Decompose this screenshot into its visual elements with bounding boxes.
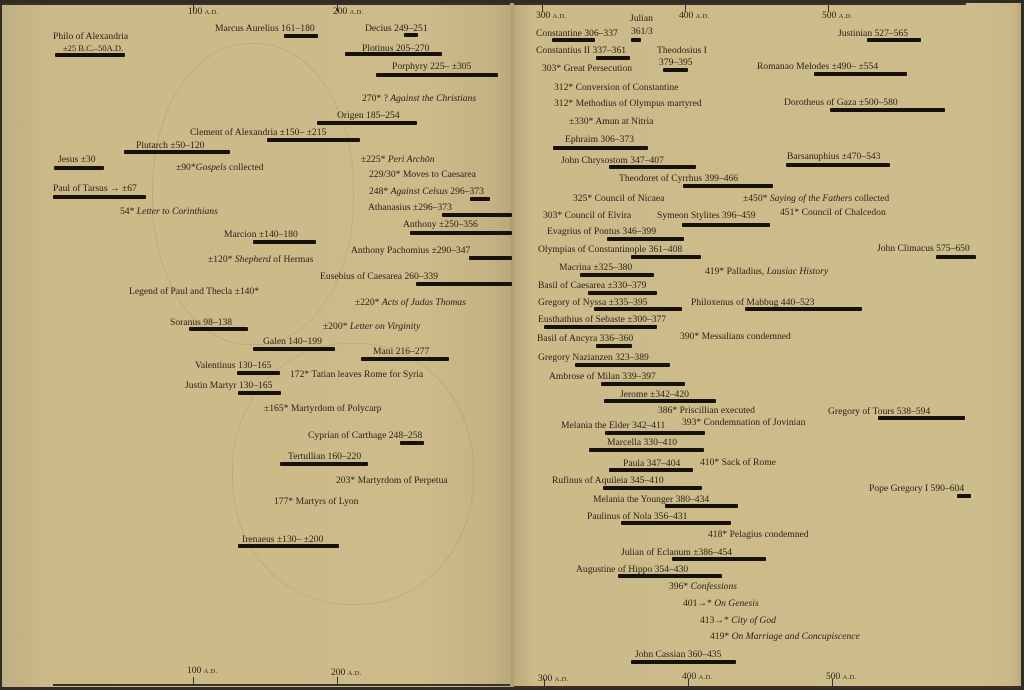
- event-council-of-elvira: 303* Council of Elvira: [543, 210, 631, 221]
- bar-against-celsus: [470, 197, 490, 201]
- label-ephraim: Ephraim 306–373: [565, 134, 634, 145]
- label-decius: Decius 249–251: [365, 23, 428, 34]
- event-messalians-condemned: 390* Messalians condemned: [680, 331, 791, 342]
- event-moves-to-caesarea: 229/30* Moves to Caesarea: [369, 169, 476, 180]
- label-john-cassian: John Cassian 360–435: [635, 649, 721, 660]
- label-evagrius: Evagrius of Pontus 346–399: [547, 226, 656, 237]
- bar-paul-of-tarsus: [53, 195, 146, 199]
- bar-mani: [361, 357, 449, 361]
- label-eusthathius: Eusthathius of Sebaste ±300–377: [538, 314, 666, 325]
- bar-gregory-of-nyssa: [594, 307, 682, 311]
- bar-clement: [267, 138, 360, 142]
- bar-jesus: [54, 166, 104, 170]
- bar-anthony-pachomius: [469, 256, 512, 260]
- bar-eusthathius: [544, 325, 657, 329]
- bar-macrina: [580, 273, 654, 277]
- label-theodosius: Theodosius I: [657, 45, 707, 56]
- bar-valentinus: [237, 371, 280, 375]
- bar-plutarch: [124, 150, 230, 154]
- tick-label-500-bottom: 500 A.D.: [826, 672, 856, 682]
- bar-porphyry: [376, 73, 498, 77]
- bar-marcus-aurelius: [284, 34, 318, 38]
- event-sayings-of-fathers: ±450* Saying of the Fathers collected: [743, 193, 889, 204]
- label-galen: Galen 140–199: [263, 336, 322, 347]
- event-on-genesis: 401→* On Genesis: [683, 598, 759, 609]
- event-martyrs-of-lyon: 177* Martyrs of Lyon: [274, 496, 358, 507]
- event-on-marriage-and-concupiscence: 419* On Marriage and Concupiscence: [710, 631, 860, 642]
- bar-soranus: [189, 327, 248, 331]
- event-condemnation-of-jovinian: 393* Condemnation of Jovinian: [682, 417, 805, 428]
- label-anthony: Anthony ±250–356: [403, 219, 478, 230]
- bar-gregory-nazianzen: [575, 363, 670, 367]
- event-methodius-martyred: 312* Methodius of Olympus martyred: [554, 98, 702, 109]
- bar-justinian: [867, 38, 921, 42]
- event-confessions: 396* Confessions: [669, 581, 737, 592]
- event-great-persecution: 303* Great Persecution: [542, 63, 632, 74]
- bar-ambrose: [601, 382, 685, 386]
- bar-augustine: [618, 574, 722, 578]
- bar-barsanuphius: [786, 163, 890, 167]
- label-marcella: Marcella 330–410: [607, 437, 677, 448]
- label-rufinus: Rufinus of Aquileia 345–410: [552, 475, 664, 486]
- tick-label-200-top: 200 A.D.: [333, 7, 363, 17]
- bar-john-cassian: [631, 660, 736, 664]
- event-against-celsus: 248* Against Celsus 296–373: [369, 186, 484, 197]
- event-letter-on-virginity: ±200* Letter on Virginity: [323, 321, 420, 332]
- bottom-axis-line-left: [53, 684, 510, 686]
- event-priscillian-executed: 386* Priscillian executed: [658, 405, 755, 416]
- event-gospels-collected: ±90*Gospels collected: [176, 162, 264, 173]
- bar-paula: [609, 468, 693, 472]
- event-sack-of-rome: 410* Sack of Rome: [700, 457, 776, 468]
- bar-philoxenus: [745, 307, 862, 311]
- bar-anthony: [410, 231, 512, 235]
- label-theodoret: Theodoret of Cyrrhus 399–466: [619, 173, 738, 184]
- label-marcion: Marcion ±140–180: [224, 229, 298, 240]
- bar-rufinus: [603, 486, 702, 490]
- label-anthony-pachomius: Anthony Pachomius ±290–347: [351, 245, 470, 256]
- label-symeon-stylites: Symeon Stylites 396–459: [657, 210, 756, 221]
- label-basil-of-caesarea: Basil of Caesarea ±330–379: [538, 280, 646, 291]
- bar-theodosius: [663, 68, 688, 72]
- bar-jerome: [604, 399, 716, 403]
- bar-paulinus: [621, 521, 731, 525]
- bar-ephraim: [553, 146, 648, 150]
- tick-label-400-top: 400 A.D.: [679, 11, 709, 21]
- label-justin-martyr: Justin Martyr 130–165: [185, 380, 272, 391]
- bar-tertullian: [280, 462, 368, 466]
- top-axis-line-right: [514, 3, 966, 5]
- bar-pope-gregory: [957, 494, 971, 498]
- bar-romanao-melodes: [814, 72, 907, 76]
- bar-constantius: [596, 56, 630, 60]
- label-ambrose: Ambrose of Milan 339–397: [549, 371, 656, 382]
- event-letter-to-corinthians: 54* Letter to Corinthians: [120, 206, 218, 217]
- bar-john-climacus: [936, 255, 976, 259]
- bar-athanasius: [442, 213, 512, 217]
- event-paul-and-thecla: Legend of Paul and Thecla ±140*: [129, 286, 259, 297]
- tick-label-400-bottom: 400 A.D.: [682, 672, 712, 682]
- event-against-christians: 270* ? Against the Christians: [362, 93, 476, 104]
- event-conversion-of-constantine: 312* Conversion of Constantine: [554, 82, 678, 93]
- label-valentinus: Valentinus 130–165: [195, 360, 271, 371]
- bar-melania-the-younger: [665, 504, 738, 508]
- bar-cyprian: [400, 441, 424, 445]
- label-john-climacus: John Climacus 575–650: [877, 243, 970, 254]
- tick-100-bottom: [193, 677, 194, 686]
- bottom-axis-line-right: [514, 686, 1021, 688]
- bar-basil-of-ancyra: [596, 344, 632, 348]
- event-council-of-nicaea: 325* Council of Nicaea: [573, 193, 664, 204]
- bar-decius: [404, 33, 418, 37]
- event-martyrdom-of-polycarp: ±165* Martyrdom of Polycarp: [264, 403, 381, 414]
- label-olympias: Olympias of Constantinople 361–408: [538, 244, 682, 255]
- event-tatian: 172* Tatian leaves Rome for Syria: [290, 369, 423, 380]
- event-palladius-lausiac-history: 419* Palladius, Lausiac History: [705, 266, 828, 277]
- faint-map-outline: [152, 43, 354, 345]
- bar-olympias: [631, 255, 701, 259]
- event-peri-archon: ±225* Peri Archōn: [361, 154, 435, 165]
- event-amun-at-nitria: ±330* Amun at Nitria: [569, 116, 653, 127]
- event-acts-of-judas-thomas: ±220* Acts of Judas Thomas: [355, 297, 466, 308]
- label-barsanuphius: Barsanuphius ±470–543: [787, 151, 880, 162]
- label-origen: Origen 185–254: [337, 110, 400, 121]
- tick-200-bottom: [337, 677, 338, 686]
- label-theodosius-dates: 379–395: [659, 57, 693, 68]
- tick-label-300-bottom: 300 A.D.: [538, 674, 568, 684]
- label-melania-the-elder: Melania the Elder 342–411: [561, 420, 665, 431]
- bar-constantine: [552, 38, 595, 42]
- label-cyprian: Cyprian of Carthage 248–258: [308, 430, 422, 441]
- label-julian-dates: 361/3: [631, 26, 653, 37]
- bar-melania-the-elder: [605, 431, 705, 435]
- bar-john-chrysostom: [609, 165, 696, 169]
- label-porphyry: Porphyry 225– ±305: [392, 61, 471, 72]
- event-shepherd-of-hermas: ±120* Shepherd of Hermas: [208, 254, 313, 265]
- event-city-of-god: 413→* City of God: [700, 615, 776, 626]
- label-macrina: Macrina ±325–380: [559, 262, 632, 273]
- label-mani: Mani 216–277: [373, 346, 429, 357]
- bar-plotinus: [345, 52, 442, 56]
- label-eusebius: Eusebius of Caesarea 260–339: [320, 271, 438, 282]
- label-philo: Philo of Alexandria: [53, 31, 128, 42]
- label-basil-of-ancyra: Basil of Ancyra 336–360: [537, 333, 633, 344]
- label-clement: Clement of Alexandria ±150– ±215: [190, 127, 326, 138]
- label-athanasius: Athanasius ±296–373: [368, 202, 452, 213]
- label-jesus: Jesus ±30: [58, 154, 96, 165]
- top-axis-line-left: [2, 3, 510, 5]
- bar-dorotheus: [830, 108, 945, 112]
- tick-label-100-bottom: 100 A.D.: [187, 666, 217, 676]
- left-page: [2, 3, 512, 687]
- bar-marcion: [253, 240, 316, 244]
- tick-label-300-top: 300 A.D.: [536, 11, 566, 21]
- bar-gregory-of-tours: [878, 416, 965, 420]
- label-dorotheus: Dorotheus of Gaza ±500–580: [784, 97, 898, 108]
- bar-theodoret: [683, 184, 773, 188]
- tick-label-200-bottom: 200 A.D.: [331, 668, 361, 678]
- label-tertullian: Tertullian 160–220: [288, 451, 361, 462]
- bar-julian: [631, 38, 641, 42]
- tick-label-500-top: 500 A.D.: [822, 11, 852, 21]
- bar-marcella: [589, 448, 704, 452]
- event-martyrdom-of-perpetua: 203* Martyrdom of Perpetua: [336, 475, 448, 486]
- label-romanao-melodes: Romanao Melodes ±490– ±554: [757, 61, 878, 72]
- event-council-of-chalcedon: 451* Council of Chalcedon: [780, 207, 886, 218]
- tick-label-100-top: 100 A.D.: [188, 7, 218, 17]
- bar-evagrius: [607, 237, 684, 241]
- bar-philo: [55, 53, 125, 57]
- bar-julian-of-eclanum: [672, 557, 766, 561]
- event-pelagius-condemned: 418* Pelagius condemned: [708, 529, 809, 540]
- bar-irenaeus: [238, 544, 339, 548]
- label-gregory-nazianzen: Gregory Nazianzen 323–389: [538, 352, 649, 363]
- bar-symeon-stylites: [682, 223, 770, 227]
- bar-eusebius: [416, 282, 512, 286]
- timeline-spread: 100 A.D. 200 A.D. 300 A.D. 400 A.D. 500 …: [0, 0, 1024, 690]
- label-paul-of-tarsus: Paul of Tarsus → ±67: [53, 183, 137, 194]
- label-constantius: Constantius II 337–361: [536, 45, 626, 56]
- bar-basil-of-caesarea: [588, 291, 657, 295]
- bar-origen: [317, 121, 417, 125]
- label-marcus-aurelius: Marcus Aurelius 161–180: [215, 23, 315, 34]
- bar-galen: [253, 347, 335, 351]
- label-pope-gregory: Pope Gregory I 590–604: [869, 483, 964, 494]
- label-julian: Julian: [630, 13, 653, 24]
- bar-justin-martyr: [238, 391, 281, 395]
